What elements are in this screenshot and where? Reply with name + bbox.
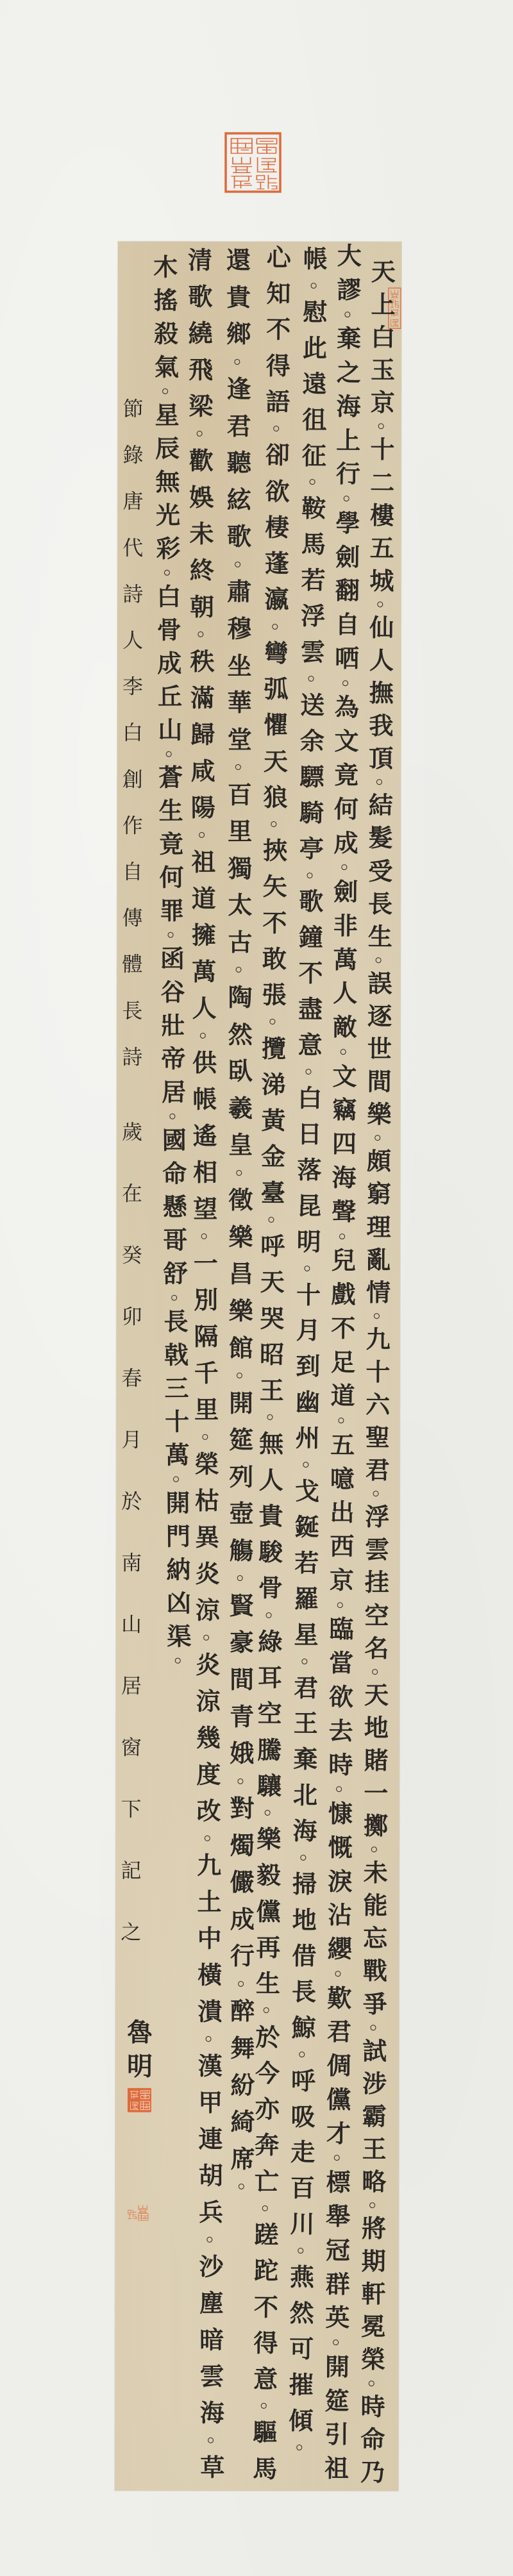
punctuation-circle: 。 <box>305 1069 311 1075</box>
calligraphy-character: 作 <box>119 815 147 836</box>
calligraphy-character: 醉 <box>226 1999 259 2023</box>
calligraphy-character: 朝 <box>185 595 219 619</box>
punctuation-circle: 。 <box>369 2202 375 2208</box>
calligraphy-character: 敢 <box>258 947 291 971</box>
calligraphy-character: 人 <box>255 1468 288 1493</box>
punctuation-circle: 。 <box>238 1981 244 1987</box>
calligraphy-character: 燭 <box>226 1834 259 1858</box>
punctuation-circle: 。 <box>299 2052 305 2057</box>
calligraphy-character: 秩 <box>185 649 219 674</box>
calligraphy-character: 百 <box>286 2176 319 2200</box>
calligraphy-character: 歎 <box>323 1986 356 2011</box>
calligraphy-character: 渠 <box>162 1624 196 1649</box>
calligraphy-character: 鋋 <box>290 1515 324 1539</box>
calligraphy-character: 翻 <box>331 578 364 603</box>
calligraphy-character: 戟 <box>160 1342 193 1367</box>
calligraphy-character: 地 <box>288 1908 321 1932</box>
calligraphy-character: 逐 <box>363 1004 396 1028</box>
calligraphy-character: 意 <box>249 2367 282 2391</box>
calligraphy-character: 弧 <box>260 677 293 701</box>
calligraphy-character: 綺 <box>226 2110 260 2134</box>
calligraphy-character: 歲 <box>118 1122 146 1142</box>
calligraphy-character: 節 <box>119 399 147 419</box>
calligraphy-character: 炎 <box>190 1562 224 1586</box>
punctuation-circle: 。 <box>301 1659 307 1664</box>
calligraphy-character: 長 <box>118 1000 146 1021</box>
calligraphy-character: 祖 <box>187 850 220 874</box>
calligraphy-character: 余 <box>296 729 329 753</box>
calligraphy-character: 慨 <box>323 1836 357 1860</box>
calligraphy-character: 卻 <box>261 443 294 467</box>
calligraphy-character: 度 <box>192 1762 225 1787</box>
calligraphy-character: 賢 <box>225 1594 258 1618</box>
calligraphy-character: 黃 <box>256 1108 290 1133</box>
calligraphy-character: 間 <box>225 1668 258 1692</box>
poem-column-5: 還貴鄉。逢君聽絃歌。肅穆坐華堂。百里獨太古。陶然臥羲皇。徵樂昌樂館。開筵列壺觴。… <box>222 248 260 2190</box>
calligraphy-character: 涼 <box>191 1598 224 1623</box>
calligraphy-character: 五 <box>366 536 399 560</box>
calligraphy-character: 敵 <box>328 1015 362 1039</box>
calligraphy-character: 擲 <box>359 1814 392 1838</box>
calligraphy-character: 望 <box>189 1197 222 1221</box>
calligraphy-character: 里 <box>190 1398 223 1422</box>
calligraphy-character: 咸 <box>186 759 219 783</box>
calligraphy-character: 長 <box>287 1980 321 2004</box>
punctuation-circle: 。 <box>296 2445 302 2450</box>
calligraphy-character: 魯 <box>123 2020 156 2046</box>
calligraphy-character: 白 <box>293 1086 326 1110</box>
calligraphy-character: 改 <box>192 1799 225 1823</box>
calligraphy-character: 筵 <box>321 2389 354 2413</box>
calligraphy-character: 彩 <box>151 536 185 561</box>
calligraphy-character: 棄 <box>289 1747 322 1771</box>
punctuation-circle: 。 <box>337 1602 342 1608</box>
calligraphy-character: 娥 <box>225 1741 258 1766</box>
calligraphy-character: 海 <box>288 1819 321 1843</box>
calligraphy-character: 若 <box>296 568 330 592</box>
punctuation-circle: 。 <box>234 359 240 365</box>
calligraphy-character: 挾 <box>258 839 292 863</box>
punctuation-circle: 。 <box>375 957 381 963</box>
calligraphy-character: 明 <box>292 1230 326 1254</box>
calligraphy-character: 驅 <box>248 2420 282 2445</box>
punctuation-circle: 。 <box>269 1019 275 1025</box>
punctuation-circle: 。 <box>238 2184 244 2189</box>
calligraphy-character: 城 <box>365 569 398 593</box>
calligraphy-character: 氣 <box>150 355 183 380</box>
calligraphy-character: 竟 <box>330 763 363 787</box>
calligraphy-character: 生 <box>364 924 397 949</box>
calligraphy-character: 山 <box>117 1614 146 1635</box>
calligraphy-character: 凶 <box>162 1591 196 1616</box>
calligraphy-character: 忘 <box>358 1926 392 1950</box>
calligraphy-character: 征 <box>298 443 331 467</box>
calligraphy-character: 樂 <box>224 1225 257 1250</box>
calligraphy-character: 人 <box>188 996 221 1021</box>
calligraphy-character: 行 <box>332 462 365 486</box>
calligraphy-character: 間 <box>363 1069 396 1094</box>
calligraphy-character: 帳 <box>188 1087 221 1112</box>
calligraphy-character: 白 <box>152 584 185 609</box>
punctuation-circle: 。 <box>342 680 348 686</box>
punctuation-circle: 。 <box>198 631 203 637</box>
punctuation-circle: 。 <box>162 389 168 394</box>
calligraphy-paper: 天上白玉京。十二樓五城。仙人撫我頂。結髮受長生。誤逐世間樂。頗窮理亂情。九十六聖… <box>115 242 401 2491</box>
calligraphy-character: 舉 <box>321 2204 355 2229</box>
calligraphy-character: 懼 <box>259 713 292 737</box>
calligraphy-character: 天 <box>360 1683 393 1707</box>
calligraphy-character: 命 <box>158 1162 191 1187</box>
calligraphy-character: 掃 <box>288 1872 321 1896</box>
calligraphy-character: 骨 <box>254 1576 287 1600</box>
calligraphy-character: 人 <box>365 648 398 673</box>
punctuation-circle: 。 <box>371 1846 376 1852</box>
punctuation-circle: 。 <box>260 2403 266 2409</box>
calligraphy-character: 昭 <box>255 1342 289 1367</box>
calligraphy-character: 冕 <box>357 2314 390 2339</box>
calligraphy-character: 居 <box>117 1676 146 1696</box>
calligraphy-character: 昆 <box>292 1194 326 1218</box>
calligraphy-character: 海 <box>196 2401 229 2425</box>
calligraphy-character: 王 <box>289 1711 323 1735</box>
calligraphy-character: 記 <box>117 1861 145 1881</box>
calligraphy-character: 國 <box>158 1128 191 1153</box>
punctuation-circle: 。 <box>262 2205 267 2211</box>
calligraphy-character: 十 <box>361 1360 394 1384</box>
punctuation-circle: 。 <box>300 1855 306 1861</box>
calligraphy-character: 落 <box>292 1158 326 1182</box>
calligraphy-character: 道 <box>326 1384 360 1408</box>
calligraphy-character: 戈 <box>290 1479 324 1503</box>
calligraphy-character: 明 <box>123 2053 156 2080</box>
calligraphy-character: 隔 <box>189 1325 223 1349</box>
calligraphy-character: 到 <box>291 1354 324 1378</box>
calligraphy-character: 乃 <box>356 2460 389 2484</box>
punctuation-circle: 。 <box>336 1786 342 1792</box>
calligraphy-character: 行 <box>226 1944 259 1968</box>
calligraphy-character: 清 <box>183 248 217 272</box>
calligraphy-character: 滿 <box>186 686 219 710</box>
calligraphy-character: 去 <box>324 1719 358 1743</box>
calligraphy-character: 臨 <box>324 1617 358 1641</box>
calligraphy-character: 土 <box>192 1890 226 1914</box>
calligraphy-character: 唐 <box>119 491 147 512</box>
calligraphy-character: 霸 <box>358 2104 391 2129</box>
calligraphy-character: 月 <box>292 1318 325 1342</box>
calligraphy-character: 函 <box>156 947 189 972</box>
calligraphy-character: 開 <box>161 1491 194 1516</box>
calligraphy-character: 心 <box>262 246 296 270</box>
calligraphy-character: 鐘 <box>294 925 328 949</box>
calligraphy-character: 浮 <box>296 604 330 628</box>
calligraphy-character: 攬 <box>257 1036 290 1060</box>
calligraphy-character: 青 <box>225 1704 258 1728</box>
calligraphy-character: 成 <box>226 1907 259 1932</box>
solid-square-seal-icon <box>128 2088 151 2112</box>
calligraphy-character: 不 <box>249 2295 283 2319</box>
calligraphy-character: 京 <box>325 1568 358 1593</box>
calligraphy-character: 飛 <box>184 358 217 382</box>
calligraphy-character: 山 <box>153 717 187 742</box>
punctuation-circle: 。 <box>341 864 347 870</box>
calligraphy-character: 不 <box>258 911 291 935</box>
calligraphy-character: 沾 <box>323 1903 357 1927</box>
calligraphy-character: 彎 <box>260 641 293 665</box>
calligraphy-character: 樂 <box>224 1299 258 1323</box>
calligraphy-character: 頂 <box>364 746 398 771</box>
calligraphy-character: 懸 <box>158 1194 192 1219</box>
calligraphy-character: 略 <box>357 2170 391 2194</box>
calligraphy-character: 遙 <box>189 1124 222 1148</box>
punctuation-circle: 。 <box>235 764 240 770</box>
punctuation-circle: 。 <box>264 1810 270 1816</box>
punctuation-circle: 。 <box>338 1418 344 1423</box>
calligraphy-character: 昌 <box>224 1262 258 1286</box>
calligraphy-character: 貴 <box>222 285 255 309</box>
calligraphy-character: 傳 <box>119 908 147 928</box>
calligraphy-character: 王 <box>255 1378 289 1403</box>
calligraphy-character: 借 <box>287 1944 321 1968</box>
calligraphy-character: 戲 <box>326 1282 360 1307</box>
calligraphy-character: 異 <box>190 1525 224 1550</box>
punctuation-circle: 。 <box>169 1114 175 1119</box>
calligraphy-character: 蒼 <box>154 765 187 790</box>
calligraphy-character: 沙 <box>194 2255 228 2279</box>
punctuation-circle: 。 <box>167 932 173 938</box>
square-seal-icon <box>224 132 282 193</box>
calligraphy-character: 語 <box>261 390 294 414</box>
calligraphy-character: 哥 <box>158 1228 192 1253</box>
calligraphy-character: 一 <box>189 1251 223 1276</box>
calligraphy-character: 羅 <box>290 1587 323 1611</box>
punctuation-circle: 。 <box>265 1612 271 1618</box>
calligraphy-character: 涕 <box>257 1073 290 1097</box>
calligraphy-character: 川 <box>285 2212 319 2236</box>
calligraphy-character: 祖 <box>320 2456 353 2480</box>
punctuation-circle: 。 <box>272 624 278 630</box>
calligraphy-character: 五 <box>326 1433 359 1457</box>
calligraphy-character: 何 <box>330 797 363 821</box>
calligraphy-character: 中 <box>193 1927 226 1951</box>
calligraphy-character: 卯 <box>118 1307 146 1327</box>
punctuation-circle: 。 <box>235 967 241 973</box>
calligraphy-character: 誤 <box>363 971 396 996</box>
calligraphy-character: 古 <box>223 930 256 955</box>
punctuation-circle: 。 <box>373 1491 378 1496</box>
calligraphy-character: 得 <box>249 2331 282 2355</box>
calligraphy-character: 得 <box>262 354 295 378</box>
calligraphy-character: 君 <box>323 2020 356 2044</box>
calligraphy-character: 下 <box>117 1799 146 1819</box>
calligraphy-character: 哂 <box>330 646 364 671</box>
calligraphy-character: 十 <box>366 438 399 462</box>
calligraphy-character: 陶 <box>224 985 257 1010</box>
calligraphy-character: 天 <box>259 749 292 773</box>
calligraphy-character: 九 <box>362 1327 395 1351</box>
calligraphy-character: 馬 <box>297 532 330 556</box>
calligraphy-character: 頗 <box>362 1149 396 1173</box>
calligraphy-character: 人 <box>119 630 147 651</box>
calligraphy-character: 人 <box>328 981 362 1005</box>
calligraphy-character: 十 <box>292 1282 325 1307</box>
calligraphy-character: 文 <box>328 1064 361 1089</box>
punctuation-circle: 。 <box>304 1266 310 1271</box>
calligraphy-character: 然 <box>285 2301 318 2325</box>
calligraphy-character: 劍 <box>329 880 362 904</box>
calligraphy-character: 將 <box>357 2216 391 2241</box>
calligraphy-character: 哭 <box>255 1306 289 1330</box>
calligraphy-character: 亭 <box>295 837 328 861</box>
calligraphy-character: 浮 <box>360 1505 394 1529</box>
calligraphy-character: 之 <box>117 1922 145 1943</box>
calligraphy-character: 呼 <box>287 2069 320 2093</box>
calligraphy-character: 於 <box>117 1491 146 1512</box>
calligraphy-character: 試 <box>358 2039 391 2063</box>
calligraphy-character: 期 <box>357 2249 391 2273</box>
calligraphy-character: 千 <box>190 1361 223 1385</box>
calligraphy-character: 里 <box>223 819 256 844</box>
calligraphy-character: 百 <box>223 783 256 807</box>
calligraphy-character: 開 <box>321 2355 354 2379</box>
calligraphy-character: 筵 <box>224 1428 258 1452</box>
calligraphy-character: 馬 <box>248 2457 282 2481</box>
calligraphy-character: 雲 <box>360 1537 394 1562</box>
calligraphy-character: 時 <box>324 1753 357 1777</box>
punctuation-circle: 。 <box>237 1575 242 1581</box>
calligraphy-character: 丘 <box>153 684 187 709</box>
calligraphy-character: 六 <box>361 1393 394 1417</box>
punctuation-circle: 。 <box>340 1049 346 1055</box>
calligraphy-character: 鄉 <box>222 322 255 346</box>
punctuation-circle: 。 <box>208 2438 214 2443</box>
calligraphy-character: 繞 <box>184 321 217 346</box>
calligraphy-character: 壺 <box>224 1501 258 1526</box>
calligraphy-character: 對 <box>225 1796 258 1821</box>
calligraphy-character: 撫 <box>365 681 398 705</box>
calligraphy-character: 太 <box>223 893 256 917</box>
calligraphy-character: 白 <box>119 723 147 743</box>
calligraphy-character: 帳 <box>299 247 332 271</box>
punctuation-circle: 。 <box>368 2380 374 2386</box>
scroll-mount: 天上白玉京。十二樓五城。仙人撫我頂。結髮受長生。誤逐世間樂。頗窮理亂情。九十六聖… <box>0 0 513 2576</box>
calligraphy-character: 臺 <box>256 1180 290 1205</box>
calligraphy-character: 紛 <box>226 2073 259 2097</box>
punctuation-circle: 。 <box>237 1778 243 1784</box>
calligraphy-character: 亂 <box>362 1248 395 1272</box>
calligraphy-character: 徵 <box>224 1188 257 1212</box>
punctuation-circle: 。 <box>373 1313 379 1319</box>
calligraphy-character: 雲 <box>296 640 330 664</box>
calligraphy-character: 白 <box>366 325 399 349</box>
calligraphy-character: 相 <box>189 1160 222 1185</box>
calligraphy-character: 肅 <box>223 580 256 604</box>
calligraphy-character: 獨 <box>223 857 256 881</box>
calligraphy-character: 名 <box>360 1636 393 1660</box>
calligraphy-character: 列 <box>224 1465 258 1489</box>
calligraphy-character: 臥 <box>224 1059 257 1083</box>
calligraphy-character: 月 <box>117 1430 146 1450</box>
punctuation-circle: 。 <box>171 1295 177 1301</box>
calligraphy-character: 四 <box>328 1132 361 1156</box>
calligraphy-character: 天 <box>367 260 400 284</box>
calligraphy-character: 結 <box>364 794 398 818</box>
calligraphy-character: 歌 <box>294 889 328 914</box>
calligraphy-character: 代 <box>119 537 147 558</box>
line-seal-icon <box>127 2204 149 2221</box>
calligraphy-character: 華 <box>223 690 256 715</box>
calligraphy-character: 涼 <box>192 1689 225 1714</box>
calligraphy-character: 擁 <box>187 923 221 948</box>
calligraphy-character: 州 <box>291 1426 324 1450</box>
calligraphy-character: 萬 <box>328 948 362 972</box>
calligraphy-character: 萬 <box>187 960 221 984</box>
calligraphy-character: 生 <box>154 799 187 824</box>
calligraphy-character: 搖 <box>149 289 182 314</box>
calligraphy-character: 遠 <box>298 372 331 396</box>
calligraphy-character: 當 <box>324 1651 358 1675</box>
punctuation-circle: 。 <box>307 873 312 878</box>
calligraphy-character: 塵 <box>195 2291 228 2316</box>
calligraphy-character: 歌 <box>183 285 217 309</box>
calligraphy-character: 蓬 <box>260 551 294 576</box>
punctuation-circle: 。 <box>343 496 349 501</box>
punctuation-circle: 。 <box>235 562 240 567</box>
calligraphy-character: 標 <box>321 2170 355 2195</box>
calligraphy-character: 連 <box>194 2127 227 2152</box>
calligraphy-character: 聖 <box>361 1425 394 1450</box>
calligraphy-character: 觴 <box>225 1539 258 1563</box>
calligraphy-character: 道 <box>187 887 221 911</box>
punctuation-circle: 。 <box>310 283 316 289</box>
calligraphy-character: 王 <box>357 2137 391 2161</box>
calligraphy-character: 戰 <box>358 1959 392 1984</box>
calligraphy-character: 絃 <box>223 488 256 512</box>
calligraphy-character: 窗 <box>117 1737 146 1758</box>
calligraphy-character: 星 <box>150 403 183 428</box>
calligraphy-character: 受 <box>364 859 397 883</box>
punctuation-circle: 。 <box>172 1476 178 1482</box>
calligraphy-character: 世 <box>363 1037 396 1061</box>
calligraphy-character: 挂 <box>360 1571 394 1595</box>
calligraphy-character: 髮 <box>364 826 397 851</box>
punctuation-circle: 。 <box>344 312 350 317</box>
punctuation-circle: 。 <box>199 1033 205 1039</box>
calligraphy-character: 長 <box>364 892 397 916</box>
calligraphy-character: 之 <box>332 360 366 385</box>
calligraphy-character: 能 <box>358 1893 392 1918</box>
calligraphy-character: 大 <box>333 244 366 268</box>
calligraphy-character: 仙 <box>365 615 398 640</box>
calligraphy-character: 謬 <box>332 278 366 302</box>
calligraphy-character: 然 <box>224 1022 257 1046</box>
calligraphy-character: 榮 <box>357 2348 390 2372</box>
punctuation-circle: 。 <box>202 1434 208 1440</box>
calligraphy-character: 英 <box>321 2305 354 2330</box>
calligraphy-character: 在 <box>118 1183 146 1204</box>
calligraphy-character: 軒 <box>357 2282 390 2306</box>
calligraphy-character: 瀛 <box>260 587 293 612</box>
calligraphy-character: 君 <box>361 1458 394 1482</box>
calligraphy-character: 榮 <box>190 1452 223 1476</box>
calligraphy-character: 上 <box>332 428 365 453</box>
calligraphy-character: 燕 <box>285 2265 319 2289</box>
calligraphy-character: 帝 <box>156 1047 190 1072</box>
calligraphy-character: 供 <box>188 1051 221 1075</box>
punctuation-circle: 。 <box>376 780 382 785</box>
calligraphy-character: 欲 <box>260 480 294 504</box>
calligraphy-character: 倜 <box>323 2053 356 2078</box>
calligraphy-character: 知 <box>262 281 295 306</box>
